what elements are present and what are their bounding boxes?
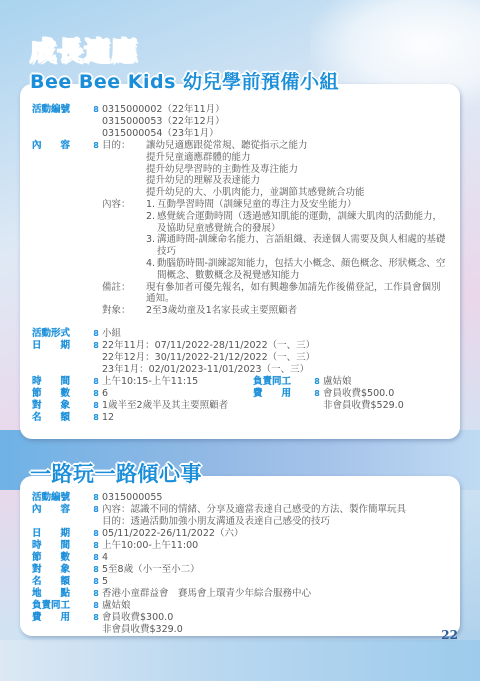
field-value: 上午10:15-上午11:15 xyxy=(102,376,198,388)
colon-marker: 8 xyxy=(311,376,323,388)
item-text: 技巧 xyxy=(157,246,445,258)
field-value: 0315000002（22年11月） 0315000053（22年12月） 03… xyxy=(102,104,225,139)
field-audience: 對 象 8 5至8歲（小一至小二） xyxy=(32,564,200,576)
purpose-text: 目的：透過活動加強小朋友溝通及表達自己感受的技巧 xyxy=(102,516,406,528)
target-key: 對象： xyxy=(102,305,146,317)
field-label: 時 間 xyxy=(32,376,90,388)
purpose-item: 讓幼兒適應跟從常規、聽從指示之能力 xyxy=(146,140,365,152)
item-text: 動腦筋時間-訓練認知能力，包括大小概念、顏色概念、形狀概念、空 xyxy=(157,258,445,270)
field-activity-code: 活動編號 8 0315000055 xyxy=(32,492,162,504)
field-quota: 名 額 8 5 xyxy=(32,576,108,588)
item-text: 及協助兒童感覺統合的發展） xyxy=(157,223,442,235)
field-value: 1歲半至2歲半及其主要照顧者 xyxy=(102,400,228,412)
item-text: 感覺統合運動時間（透過感知肌能的運動，訓練大肌肉的活動能力， xyxy=(157,211,442,223)
field-value: 盧姑娘 xyxy=(102,600,131,612)
activity-code: 0315000054（23年1月） xyxy=(102,128,225,140)
fee-member: 會員收費$500.0 xyxy=(323,388,404,400)
colon-marker: 8 xyxy=(90,576,102,588)
fee-member: 會員收費$300.0 xyxy=(102,612,183,624)
field-value: 6 xyxy=(102,388,108,400)
purpose-block: 目的： 讓幼兒適應跟從常規、聽從指示之能力 提升兒童適應群體的能力 提升幼兒學習… xyxy=(102,140,445,199)
colon-marker: 8 xyxy=(90,140,102,317)
field-value: 上午10:00-上午11:00 xyxy=(102,540,198,552)
field-label: 日 期 xyxy=(32,528,90,540)
field-dates: 日 期 8 05/11/2022-26/11/2022（六） xyxy=(32,528,243,540)
contents-block: 內容： 1. 互動學習時間（訓練兒童的專注力及安坐能力） 2. 感覺統合運動時間… xyxy=(102,199,445,282)
field-value: 會員收費$300.0 非會員收費$329.0 xyxy=(102,612,183,636)
colon-marker: 8 xyxy=(90,400,102,412)
colon-marker: 8 xyxy=(90,600,102,612)
colon-marker: 8 xyxy=(90,412,102,424)
remark-block: 備註： 現有參加者可優先報名，如有興趣參加請先作後備登記，工作員會個別 通知。 xyxy=(102,282,445,306)
content-item: 4. 動腦筋時間-訓練認知能力，包括大小概念、顏色概念、形狀概念、空 間概念、數… xyxy=(146,258,445,282)
field-value: 目的： 讓幼兒適應跟從常規、聽從指示之能力 提升兒童適應群體的能力 提升幼兒學習… xyxy=(102,140,445,317)
content-item: 1. 互動學習時間（訓練兒童的專注力及安坐能力） xyxy=(146,199,445,211)
field-fee: 費 用 8 會員收費$500.0 非會員收費$529.0 xyxy=(253,388,404,412)
colon-marker: 8 xyxy=(90,104,102,139)
item-number: 1. xyxy=(146,199,157,211)
bottom-background xyxy=(0,640,480,681)
field-label: 名 額 xyxy=(32,576,90,588)
field-value: 0315000055 xyxy=(102,492,162,504)
item-text: 互動學習時間（訓練兒童的專注力及安坐能力） xyxy=(157,199,357,211)
colon-marker: 8 xyxy=(90,588,102,600)
fee-nonmember: 非會員收費$329.0 xyxy=(102,624,183,636)
field-label: 時 間 xyxy=(32,540,90,552)
field-value: 會員收費$500.0 非會員收費$529.0 xyxy=(323,388,404,412)
field-value: 香港小童群益會 賽馬會上環青少年綜合服務中心 xyxy=(102,588,311,600)
item-number: 4. xyxy=(146,258,157,282)
purpose-item: 提升幼兒的大、小肌肉能力，並調節其感覺統合功能 xyxy=(146,187,365,199)
field-label: 費 用 xyxy=(32,612,90,636)
activity-code: 0315000053（22年12月） xyxy=(102,116,225,128)
date-range: 22年11月：07/11/2022-28/11/2022（一、三） xyxy=(102,340,315,352)
field-label: 費 用 xyxy=(253,388,311,412)
item-text: 溝通時間-訓練命名能力、言語組織、表達個人需要及與人相處的基礎 xyxy=(157,234,445,246)
content-item: 2. 感覺統合運動時間（透過感知肌能的運動，訓練大肌肉的活動能力， 及協助兒童感… xyxy=(146,211,445,235)
field-activity-code: 活動編號 8 0315000002（22年11月） 0315000053（22年… xyxy=(32,104,225,139)
colon-marker: 8 xyxy=(90,540,102,552)
colon-marker: 8 xyxy=(90,340,102,375)
field-label: 日 期 xyxy=(32,340,90,375)
field-value: 內容：認識不同的情緒、分享及適當表達自己感受的方法、製作簡單玩具 目的：透過活動… xyxy=(102,504,406,528)
field-label: 活動編號 xyxy=(32,104,90,139)
field-label: 負責同工 xyxy=(32,600,90,612)
page-number: 22 xyxy=(441,628,458,642)
field-label: 節 數 xyxy=(32,552,90,564)
field-sessions: 節 數 8 6 xyxy=(32,388,108,400)
program-title-play-and-share: 一路玩一路傾心事 xyxy=(30,458,202,488)
colon-marker: 8 xyxy=(90,504,102,528)
colon-marker: 8 xyxy=(90,612,102,636)
purpose-key: 目的： xyxy=(102,140,146,199)
field-content: 內 容 8 內容：認識不同的情緒、分享及適當表達自己感受的方法、製作簡單玩具 目… xyxy=(32,504,406,528)
fee-nonmember: 非會員收費$529.0 xyxy=(323,400,404,412)
target-block: 對象： 2至3歲幼童及1名家長或主要照顧者 xyxy=(102,305,445,317)
field-label: 地 點 xyxy=(32,588,90,600)
field-value: 4 xyxy=(102,552,108,564)
content-text: 內容：認識不同的情緒、分享及適當表達自己感受的方法、製作簡單玩具 xyxy=(102,504,406,516)
field-label: 對 象 xyxy=(32,400,90,412)
field-time: 時 間 8 上午10:15-上午11:15 xyxy=(32,376,198,388)
program-title-bee-bee-kids: Bee Bee Kids 幼兒學前預備小組 xyxy=(30,67,339,94)
target-text: 2至3歲幼童及1名家長或主要照顧者 xyxy=(146,305,297,317)
field-label: 活動形式 xyxy=(32,328,90,340)
field-value: 22年11月：07/11/2022-28/11/2022（一、三） 22年12月… xyxy=(102,340,315,375)
field-label: 負責同工 xyxy=(253,376,311,388)
purpose-item: 提升幼兒學習時的主動性及專注能力 xyxy=(146,164,365,176)
field-label: 節 數 xyxy=(32,388,90,400)
colon-marker: 8 xyxy=(90,552,102,564)
field-content: 內 容 8 目的： 讓幼兒適應跟從常規、聽從指示之能力 提升兒童適應群體的能力 … xyxy=(32,140,445,317)
date-range: 23年1月：02/01/2023-11/01/2023（一、三） xyxy=(102,364,315,376)
field-value: 5 xyxy=(102,576,108,588)
field-dates: 日 期 8 22年11月：07/11/2022-28/11/2022（一、三） … xyxy=(32,340,315,375)
remark-key: 備註： xyxy=(102,282,146,306)
contents-key: 內容： xyxy=(102,199,146,282)
colon-marker: 8 xyxy=(90,328,102,340)
field-label: 內 容 xyxy=(32,140,90,317)
field-fee: 費 用 8 會員收費$300.0 非會員收費$329.0 xyxy=(32,612,183,636)
colon-marker: 8 xyxy=(90,564,102,576)
colon-marker: 8 xyxy=(90,376,102,388)
field-label: 對 象 xyxy=(32,564,90,576)
field-value: 盧姑娘 xyxy=(323,376,352,388)
field-audience: 對 象 8 1歲半至2歲半及其主要照顧者 xyxy=(32,400,228,412)
remark-text: 通知。 xyxy=(146,293,441,305)
page-title: 成長適應 xyxy=(30,31,138,68)
field-value: 05/11/2022-26/11/2022（六） xyxy=(102,528,243,540)
field-staff: 負責同工 8 盧姑娘 xyxy=(253,376,352,388)
item-number: 3. xyxy=(146,234,157,258)
field-label: 名 額 xyxy=(32,412,90,424)
date-range: 22年12月：30/11/2022-21/12/2022（一、三） xyxy=(102,352,315,364)
item-text: 間概念、數數概念及視覺感知能力 xyxy=(157,270,445,282)
item-number: 2. xyxy=(146,211,157,235)
colon-marker: 8 xyxy=(90,528,102,540)
field-value: 5至8歲（小一至小二） xyxy=(102,564,200,576)
content-item: 3. 溝通時間-訓練命名能力、言語組織、表達個人需要及與人相處的基礎 技巧 xyxy=(146,234,445,258)
purpose-item: 提升兒童適應群體的能力 xyxy=(146,152,365,164)
field-quota: 名 額 8 12 xyxy=(32,412,114,424)
field-format: 活動形式 8 小組 xyxy=(32,328,121,340)
field-label: 內 容 xyxy=(32,504,90,528)
field-time: 時 間 8 上午10:00-上午11:00 xyxy=(32,540,198,552)
field-venue: 地 點 8 香港小童群益會 賽馬會上環青少年綜合服務中心 xyxy=(32,588,311,600)
field-value: 12 xyxy=(102,412,114,424)
field-label: 活動編號 xyxy=(32,492,90,504)
field-sessions: 節 數 8 4 xyxy=(32,552,108,564)
colon-marker: 8 xyxy=(311,388,323,412)
remark-text: 現有參加者可優先報名，如有興趣參加請先作後備登記，工作員會個別 xyxy=(146,282,441,294)
activity-code: 0315000002（22年11月） xyxy=(102,104,225,116)
field-value: 小組 xyxy=(102,328,121,340)
field-staff: 負責同工 8 盧姑娘 xyxy=(32,600,131,612)
purpose-item: 提升幼兒的理解及表達能力 xyxy=(146,175,365,187)
colon-marker: 8 xyxy=(90,388,102,400)
colon-marker: 8 xyxy=(90,492,102,504)
